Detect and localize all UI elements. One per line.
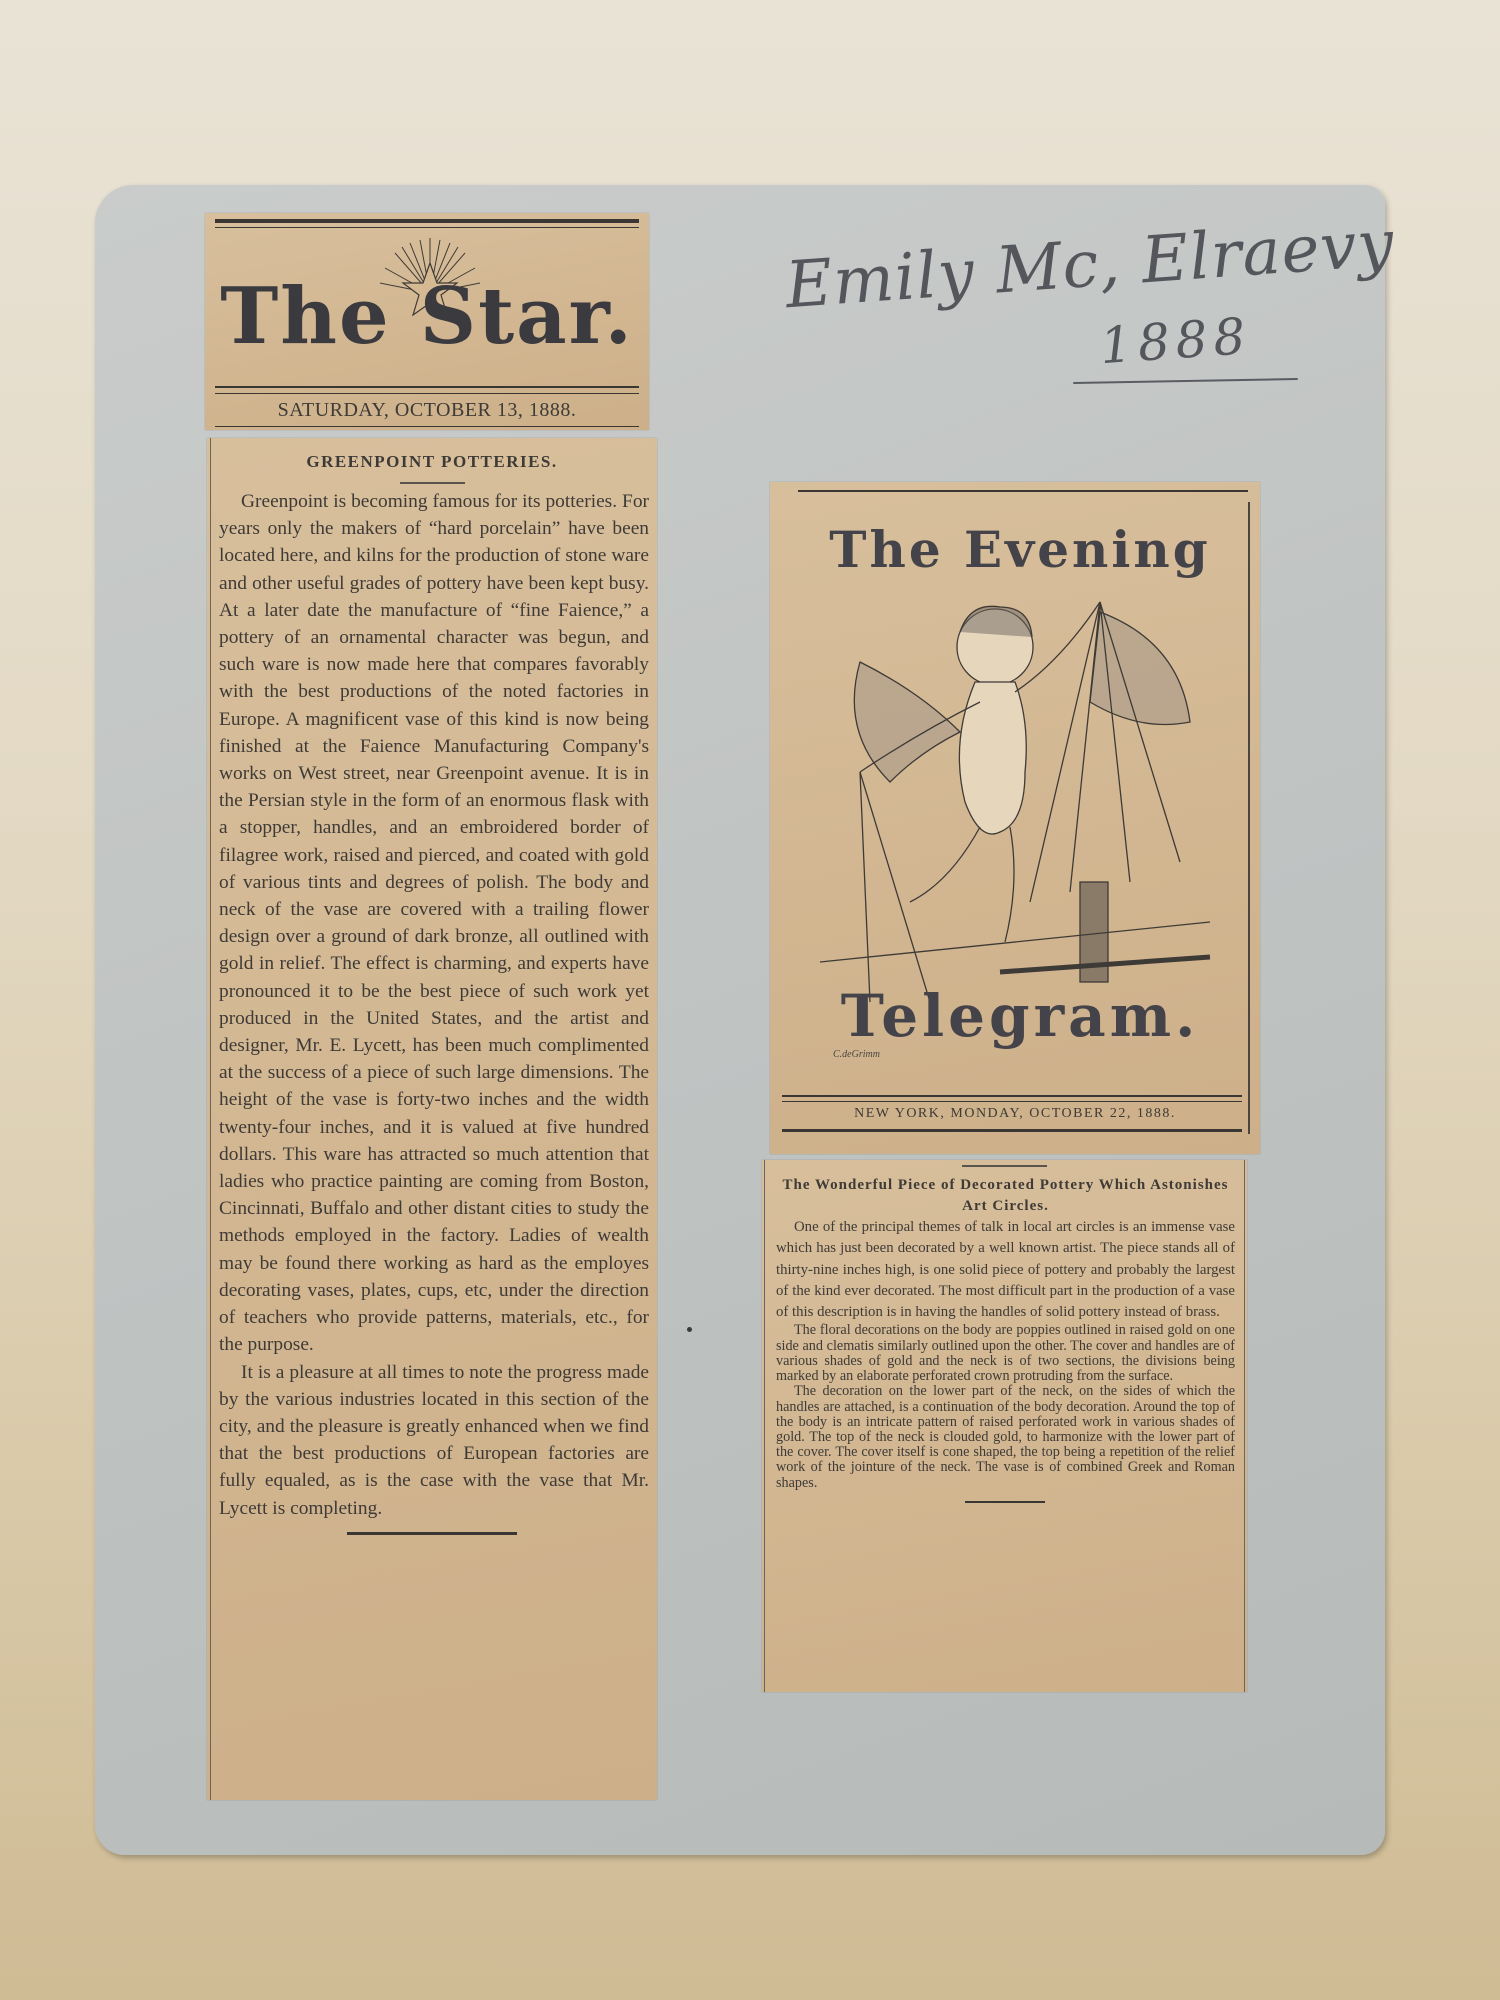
cherub-illustration-icon [800,582,1220,1002]
issue-date: NEW YORK, MONDAY, OCTOBER 22, 1888. [770,1106,1260,1122]
newspaper-title-line1: The Evening [810,520,1230,579]
separator [400,482,465,484]
column-rule [1244,1160,1245,1692]
article-paragraph: The floral decorations on the body are p… [776,1323,1235,1384]
article-body: Greenpoint is becoming famous for its po… [207,488,657,1522]
telegram-masthead-clipping: The Evening Telegram. C.de [770,482,1260,1154]
rule [798,490,1248,492]
newspaper-title: The Star. [205,271,649,362]
article-paragraph: The decoration on the lower part of the … [776,1384,1235,1490]
end-rule [965,1501,1045,1503]
handwritten-year: 1888 [1098,307,1253,375]
rule [215,219,639,223]
pin-hole [687,1327,692,1332]
rule [782,1129,1242,1132]
artist-signature: C.deGrimm [833,1049,880,1060]
article-headline: The Wonderful Piece of Decorated Pottery… [762,1167,1247,1217]
rule [782,1095,1242,1097]
rule [215,426,639,427]
issue-date: SATURDAY, OCTOBER 13, 1888. [205,399,649,422]
article-paragraph: One of the principal themes of talk in l… [776,1217,1235,1323]
end-rule [347,1532,517,1535]
greenpoint-article-clipping: GREENPOINT POTTERIES. Greenpoint is beco… [207,438,657,1800]
star-masthead-clipping: The Star. SATURDAY, OCTOBER 13, 1888. [205,213,649,430]
rule [782,1101,1242,1102]
column-rule [1248,502,1250,1134]
article-headline: GREENPOINT POTTERIES. [207,452,657,472]
rule [215,393,639,394]
article-paragraph: Greenpoint is becoming famous for its po… [219,488,649,1359]
rule [215,227,639,228]
rule [215,386,639,388]
article-paragraph: It is a pleasure at all times to note th… [219,1359,649,1522]
column-rule [210,438,211,1800]
article-body: One of the principal themes of talk in l… [762,1217,1247,1491]
column-rule [764,1160,765,1692]
wonderful-pottery-article-clipping: The Wonderful Piece of Decorated Pottery… [762,1160,1247,1692]
newspaper-title-line2: Telegram. [810,982,1230,1050]
